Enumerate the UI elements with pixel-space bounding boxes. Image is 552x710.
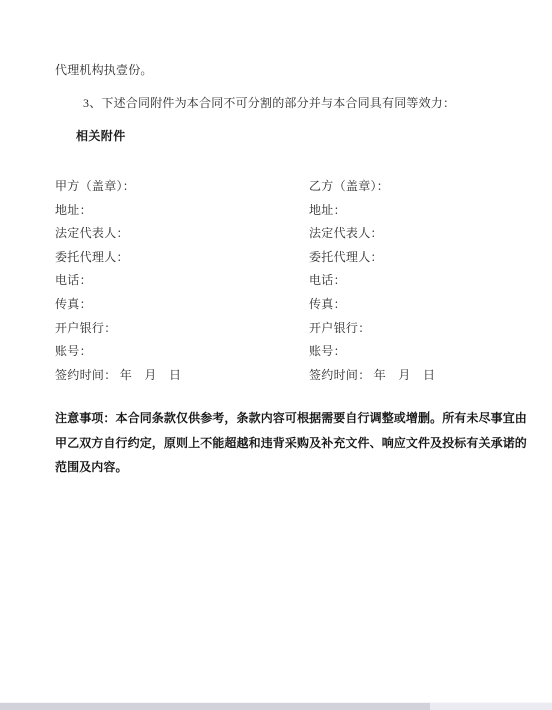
horizontal-scrollbar-track[interactable] — [0, 702, 552, 710]
party-a-field-sign-date: 签约时间： 年 月 日 — [55, 364, 309, 388]
party-b-field-fax: 传真： — [309, 293, 497, 317]
party-b-field-agent: 委托代理人： — [309, 246, 497, 270]
party-b-field-address: 地址： — [309, 199, 497, 223]
party-b-field-seal: 乙方（盖章）： — [309, 175, 497, 199]
party-a-field-address: 地址： — [55, 199, 309, 223]
party-a-field-phone: 电话： — [55, 269, 309, 293]
document-page: 代理机构执壹份。 3、下述合同附件为本合同不可分割的部分并与本合同具有同等效力：… — [0, 0, 552, 710]
paragraph-clause-3: 3、下述合同附件为本合同不可分割的部分并与本合同具有同等效力： — [83, 96, 455, 111]
notice-line-2: 甲乙双方自行约定，原则上不能超越和违背采购及补充文件、响应文件及投标有关承诺的 — [55, 431, 505, 456]
party-b-field-bank: 开户银行： — [309, 317, 497, 341]
party-a-field-fax: 传真： — [55, 293, 309, 317]
horizontal-scrollbar-thumb[interactable] — [0, 703, 430, 710]
party-b-field-phone: 电话： — [309, 269, 497, 293]
party-a-signature-block: 甲方（盖章）： 地址： 法定代表人： 委托代理人： 电话： 传真： 开户银行： … — [55, 175, 309, 387]
party-b-field-sign-date: 签约时间： 年 月 日 — [309, 364, 497, 388]
party-b-field-legal-rep: 法定代表人： — [309, 222, 497, 246]
party-a-field-account: 账号： — [55, 340, 309, 364]
attachments-heading: 相关附件 — [76, 129, 126, 144]
party-b-signature-block: 乙方（盖章）： 地址： 法定代表人： 委托代理人： 电话： 传真： 开户银行： … — [309, 175, 497, 387]
party-a-field-legal-rep: 法定代表人： — [55, 222, 309, 246]
notice-line-3: 范围及内容。 — [55, 455, 505, 480]
party-a-field-agent: 委托代理人： — [55, 246, 309, 270]
party-b-field-account: 账号： — [309, 340, 497, 364]
party-a-field-seal: 甲方（盖章）： — [55, 175, 309, 199]
notice-line-1: 注意事项：本合同条款仅供参考，条款内容可根据需要自行调整或增删。所有未尽事宜由 — [55, 406, 505, 431]
paragraph-continuation: 代理机构执壹份。 — [55, 63, 153, 78]
signature-section: 甲方（盖章）： 地址： 法定代表人： 委托代理人： 电话： 传真： 开户银行： … — [55, 175, 497, 387]
notice-paragraph: 注意事项：本合同条款仅供参考，条款内容可根据需要自行调整或增删。所有未尽事宜由 … — [55, 406, 505, 480]
party-a-field-bank: 开户银行： — [55, 317, 309, 341]
